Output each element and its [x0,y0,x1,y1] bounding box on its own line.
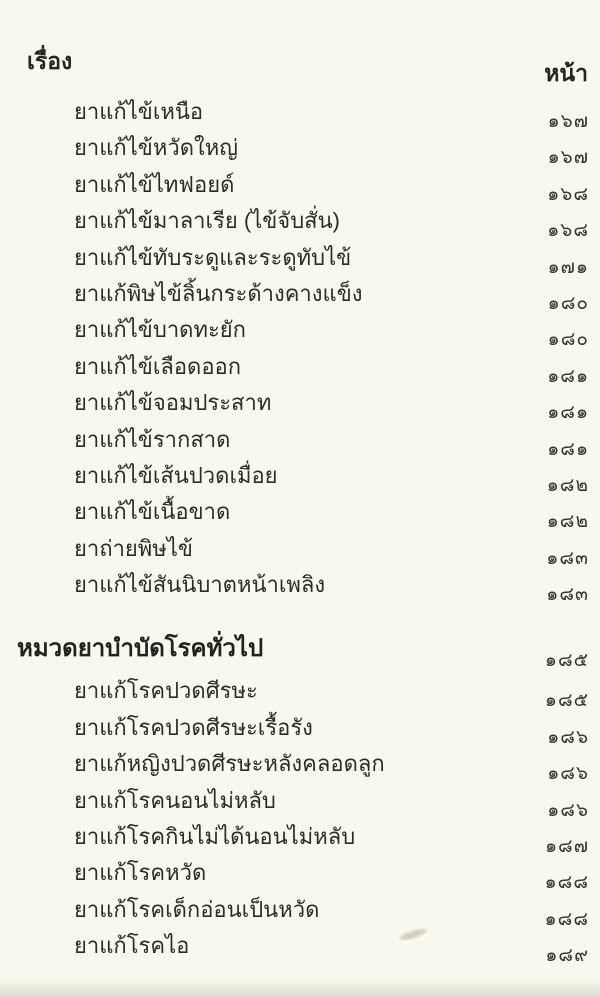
toc-entry-page-number: ๑๖๗ [548,142,589,172]
toc-entry-title: ยาแก้พิษไข้ลิ้นกระด้างคางแข็ง [74,276,362,312]
toc-entry-row: ยาแก้ไข้เหนือ ๑๖๗ [0,94,600,130]
toc-header-row: เรื่อง หน้า [0,0,600,90]
toc-entry-row: ยาแก้หญิงปวดศีรษะหลังคลอดลูก ๑๘๖ [0,746,600,782]
toc-entry-row: ยาแก้ไข้จอมประสาท ๑๘๑ [0,385,600,421]
toc-entry-title: ยาแก้ไข้รากสาด [74,422,230,458]
toc-entry-row: ยาแก้ไข้มาลาเรีย (ไข้จับสั่น) ๑๖๘ [0,203,600,239]
toc-entry-row: ยาแก้ไข้ทับระดูและระดูทับไข้ ๑๗๑ [0,240,600,276]
toc-entry-row: ยาแก้พิษไข้ลิ้นกระด้างคางแข็ง ๑๘๐ [0,276,600,312]
toc-entry-page-number: ๑๘๕ [545,685,589,715]
toc-entry-page-number: ๑๘๐ [548,324,589,354]
toc-entry-row: ยาแก้ไข้ไทฟอยด์ ๑๖๘ [0,167,600,203]
toc-section-heading-row: หมวดยาบำบัดโรคทั่วไป ๑๘๕ [0,629,600,673]
toc-entry-title: ยาแก้ไข้ทับระดูและระดูทับไข้ [74,240,351,276]
toc-entry-title: ยาแก้โรคปวดศีรษะ [74,673,258,709]
toc-entry-title: ยาแก้โรคเด็กอ่อนเป็นหวัด [74,892,319,928]
toc-entry-row: ยาถ่ายพิษไข้ ๑๘๓ [0,531,600,567]
toc-entry-page-number: ๑๖๗ [548,106,589,136]
toc-entry-row: ยาแก้โรคเด็กอ่อนเป็นหวัด ๑๘๘ [0,892,600,928]
toc-entry-page-number: ๑๘๖ [547,795,589,825]
toc-entry-row: ยาแก้ไข้บาดทะยัก ๑๘๐ [0,312,600,348]
toc-entry-page-number: ๑๖๘ [547,179,589,209]
toc-entry-title: ยาแก้ไข้เส้นปวดเมื่อย [74,458,278,494]
toc-entry-page-number: ๑๗๑ [548,252,589,282]
toc-list: ยาแก้ไข้เหนือ ๑๖๗ ยาแก้ไข้หวัดใหญ่ ๑๖๗ ย… [0,94,600,965]
toc-entry-title: ยาแก้ไข้หวัดใหญ่ [74,130,238,166]
toc-entry-title: ยาแก้ไข้สันนิบาตหน้าเพลิง [74,567,325,603]
toc-entry-page-number: ๑๖๘ [547,215,589,245]
toc-entry-page-number: ๑๘๘ [545,867,589,897]
toc-entry-title: ยาแก้โรคปวดศีรษะเรื้อรัง [74,710,313,746]
toc-entry-page-number: ๑๘๒ [547,470,589,500]
toc-entry-page-number: ๑๘๑ [547,361,589,391]
toc-entry-title: ยาแก้ไข้ไทฟอยด์ [74,167,234,203]
toc-entry-title: ยาแก้โรคไอ [74,928,189,964]
toc-entry-row: ยาแก้โรคปวดศีรษะ ๑๘๕ [0,673,600,709]
toc-entry-page-number: ๑๘๖ [547,758,589,788]
subject-column-label: เรื่อง [27,44,72,78]
toc-entry-title: ยาแก้ไข้เลือดออก [74,349,241,385]
toc-entry-page-number: ๑๘๖ [547,722,589,752]
toc-entry-title: ยาแก้โรคหวัด [74,855,206,891]
toc-entry-row: ยาแก้ไข้เส้นปวดเมื่อย ๑๘๒ [0,458,600,494]
toc-entry-page-number: ๑๘๗ [545,831,589,861]
toc-entry-row: ยาแก้โรคกินไม่ได้นอนไม่หลับ ๑๘๗ [0,819,600,855]
toc-entry-title: ยาแก้โรคนอนไม่หลับ [74,783,276,819]
page-column-label: หน้า [544,56,590,90]
toc-entry-title: ยาแก้โรคกินไม่ได้นอนไม่หลับ [74,819,355,855]
toc-entry-row: ยาแก้โรคปวดศีรษะเรื้อรัง ๑๘๖ [0,710,600,746]
toc-entry-row: ยาแก้ไข้สันนิบาตหน้าเพลิง ๑๘๓ [0,567,600,603]
toc-entry-title: ยาถ่ายพิษไข้ [74,531,193,567]
toc-entry-title: ยาแก้ไข้เนื้อขาด [74,494,230,530]
toc-entry-page-number: ๑๘๓ [546,579,589,609]
toc-entry-row: ยาแก้ไข้เลือดออก ๑๘๑ [0,349,600,385]
toc-section-title: หมวดยาบำบัดโรคทั่วไป [17,629,263,669]
toc-entry-page-number: ๑๘๑ [547,397,589,427]
toc-entry-page-number: ๑๘๐ [548,288,589,318]
toc-entry-row: ยาแก้ไข้รากสาด ๑๘๑ [0,422,600,458]
page-bottom-edge-shadow [0,979,600,997]
toc-entry-title: ยาแก้ไข้มาลาเรีย (ไข้จับสั่น) [74,203,340,239]
toc-entry-page-number: ๑๘๒ [547,506,589,536]
toc-entry-row: ยาแก้โรคนอนไม่หลับ ๑๘๖ [0,783,600,819]
toc-entry-row: ยาแก้โรคหวัด ๑๘๘ [0,855,600,891]
toc-entry-row: ยาแก้โรคไอ ๑๘๙ [0,928,600,964]
toc-entry-page-number: ๑๘๙ [545,940,589,970]
toc-section-page-number: ๑๘๕ [545,645,589,675]
toc-entry-title: ยาแก้หญิงปวดศีรษะหลังคลอดลูก [74,746,385,782]
toc-entry-page-number: ๑๘๘ [545,904,589,934]
toc-entry-title: ยาแก้ไข้บาดทะยัก [74,312,246,348]
toc-entry-page-number: ๑๘๓ [546,543,589,573]
scanned-book-page: เรื่อง หน้า ยาแก้ไข้เหนือ ๑๖๗ ยาแก้ไข้หว… [0,0,600,997]
toc-entry-page-number: ๑๘๑ [547,434,589,464]
toc-entry-title: ยาแก้ไข้จอมประสาท [74,385,271,421]
toc-entry-row: ยาแก้ไข้หวัดใหญ่ ๑๖๗ [0,130,600,166]
toc-entry-row: ยาแก้ไข้เนื้อขาด ๑๘๒ [0,494,600,530]
toc-entry-title: ยาแก้ไข้เหนือ [74,94,203,130]
